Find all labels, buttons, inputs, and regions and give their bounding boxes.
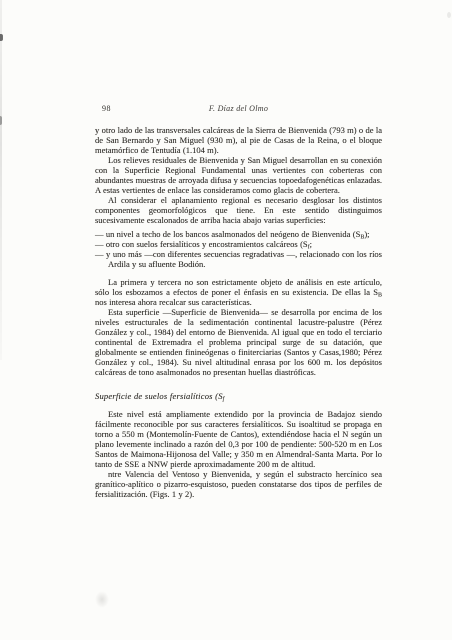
section-heading: Superficie de suelos fersialíticos (Sf xyxy=(95,391,382,401)
paragraph: y otro lado de las transversales calcáre… xyxy=(95,125,382,155)
paragraph: Los relieves residuales de Bienvenida y … xyxy=(95,155,382,195)
paragraph: ntre Valencia del Ventoso y Bienvenida, … xyxy=(95,469,382,499)
scan-artifact-smudge xyxy=(95,591,109,608)
running-head: F. Díaz del Olmo xyxy=(95,103,382,115)
list-item: — otro con suelos fersialíticos y encost… xyxy=(95,239,382,249)
scan-artifact-speck xyxy=(447,12,451,18)
paragraph: Este nivel está ampliamente extendido po… xyxy=(95,409,382,469)
paragraph: La primera y tercera no son estrictament… xyxy=(95,277,382,307)
list-item: — y uno más —con diferentes secuencias r… xyxy=(95,249,382,269)
scan-artifact-tick xyxy=(0,34,3,41)
page-body: y otro lado de las transversales calcáre… xyxy=(95,125,382,499)
page-number: 98 xyxy=(102,103,111,115)
scan-edge-shadow xyxy=(0,0,2,360)
scanned-page: 98 F. Díaz del Olmo y otro lado de las t… xyxy=(0,0,452,640)
scan-artifact-tick xyxy=(0,116,2,125)
list-item: — un nivel a techo de los bancos asalmon… xyxy=(95,229,382,239)
paragraph: Al considerar el aplanamiento regional e… xyxy=(95,195,382,225)
paragraph: Esta superficie —Superficie de Bienvenid… xyxy=(95,307,382,377)
page-header: 98 F. Díaz del Olmo xyxy=(95,103,382,115)
dash-list: — un nivel a techo de los bancos asalmon… xyxy=(95,229,382,269)
